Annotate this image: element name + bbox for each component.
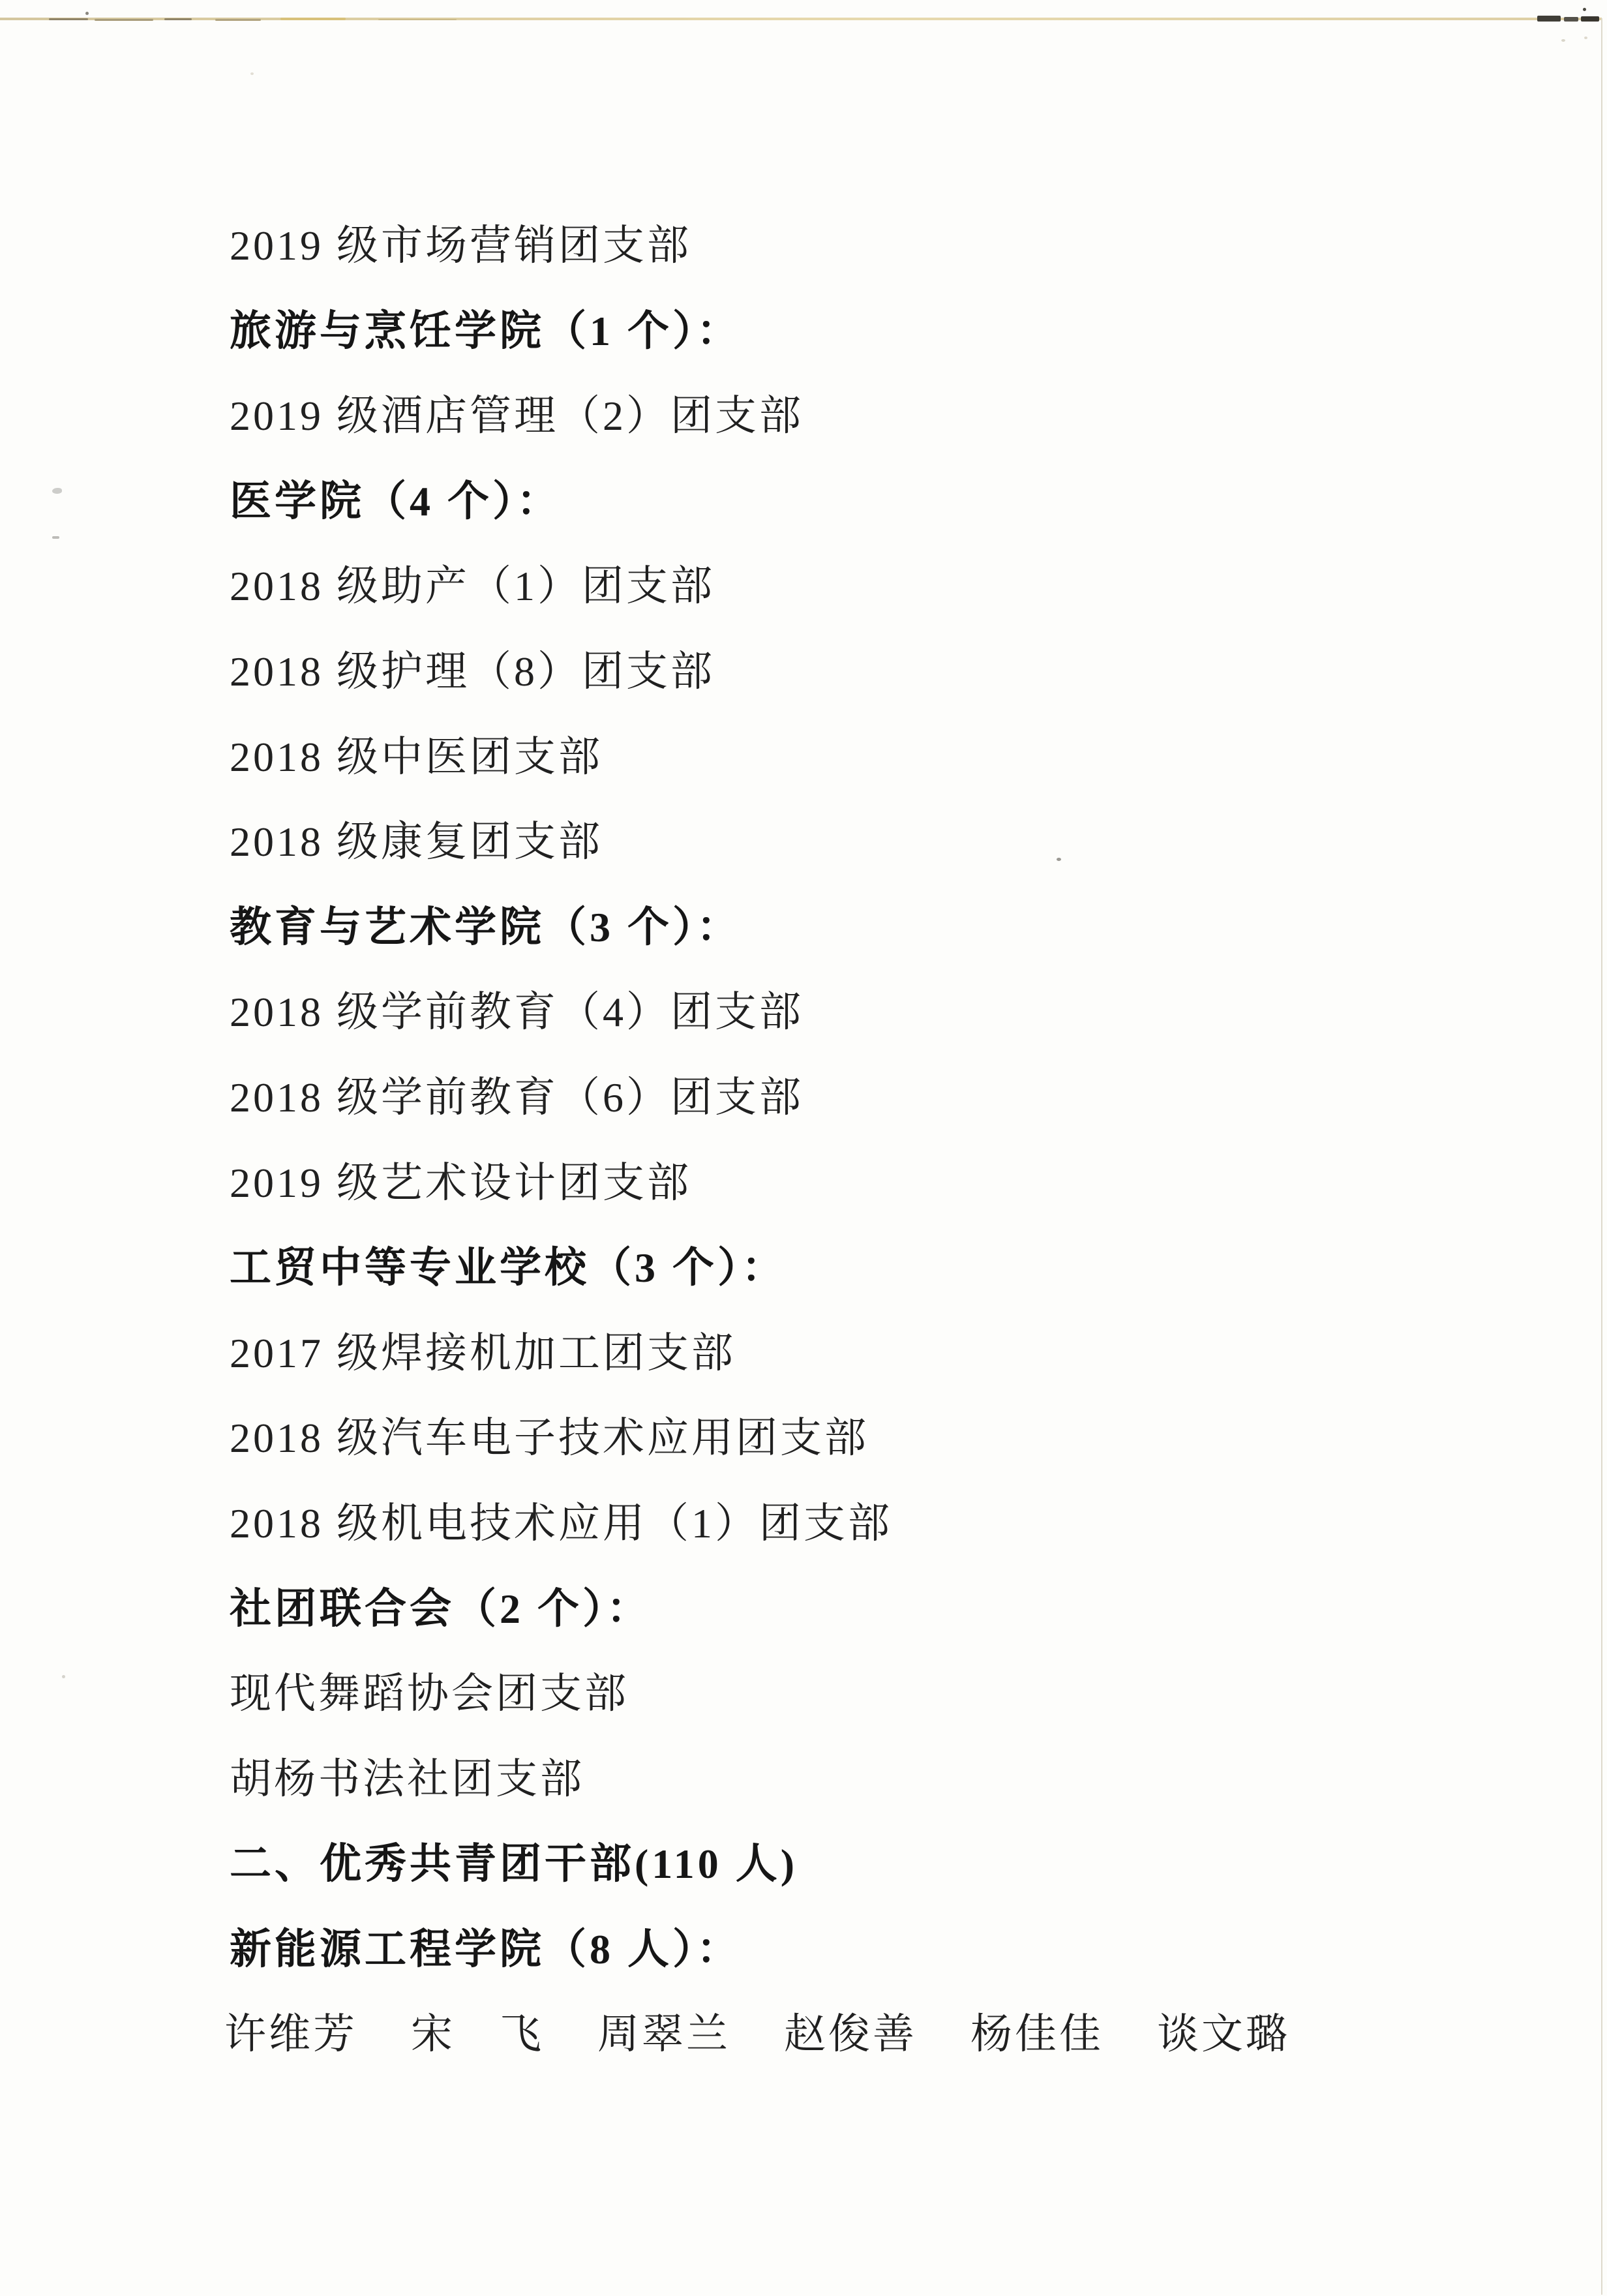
person-name: 谈文璐 bbox=[1157, 1992, 1290, 2077]
branch-item: 2018 级学前教育（4）团支部 bbox=[230, 970, 1521, 1055]
branch-item: 2019 级酒店管理（2）团支部 bbox=[230, 374, 1521, 459]
college-heading: 工贸中等专业学校（3 个）： bbox=[230, 1226, 1521, 1311]
branch-item: 2018 级助产（1）团支部 bbox=[230, 544, 1521, 629]
scan-speck bbox=[52, 488, 62, 494]
person-name: 周翠兰 bbox=[597, 1992, 730, 2077]
names-row: 许维芳 宋 飞 周翠兰 赵俊善 杨佳佳 谈文璐 bbox=[224, 1992, 1521, 2077]
college-heading: 新能源工程学院（8 人）： bbox=[230, 1907, 1521, 1993]
branch-item: 2019 级市场营销团支部 bbox=[230, 204, 1521, 289]
person-name: 杨佳佳 bbox=[970, 1992, 1104, 2077]
scan-speck bbox=[1584, 37, 1587, 39]
page-edge-line bbox=[1601, 18, 1602, 2295]
scan-speck bbox=[250, 72, 254, 75]
branch-item: 胡杨书法社团支部 bbox=[230, 1737, 1521, 1822]
scan-edge-dash bbox=[164, 18, 192, 20]
person-name: 宋 飞 bbox=[411, 1992, 544, 2077]
college-heading: 教育与艺术学院（3 个）： bbox=[230, 885, 1521, 971]
scanned-page: 2019 级市场营销团支部 旅游与烹饪学院（1 个）： 2019 级酒店管理（2… bbox=[0, 0, 1607, 2296]
branch-item: 2018 级汽车电子技术应用团支部 bbox=[230, 1396, 1521, 1481]
person-name: 赵俊善 bbox=[784, 1992, 917, 2077]
college-heading: 医学院（4 个）： bbox=[230, 459, 1521, 545]
branch-item: 2018 级康复团支部 bbox=[230, 800, 1521, 885]
branch-item: 2018 级护理（8）团支部 bbox=[230, 629, 1521, 715]
scan-smudge bbox=[1581, 16, 1599, 22]
scan-edge-dash bbox=[280, 18, 346, 20]
scan-speck bbox=[85, 12, 89, 15]
scan-speck bbox=[1561, 39, 1565, 42]
college-heading: 旅游与烹饪学院（1 个）： bbox=[230, 289, 1521, 374]
branch-item: 2018 级机电技术应用（1）团支部 bbox=[230, 1481, 1521, 1567]
scan-edge-dash bbox=[378, 19, 457, 20]
scan-speck bbox=[62, 1675, 65, 1678]
document-body: 2019 级市场营销团支部 旅游与烹饪学院（1 个）： 2019 级酒店管理（2… bbox=[230, 204, 1521, 2077]
branch-item: 2018 级学前教育（6）团支部 bbox=[230, 1055, 1521, 1141]
scan-speck bbox=[1583, 8, 1586, 11]
scan-edge-dash bbox=[215, 19, 261, 21]
branch-item: 2017 级焊接机加工团支部 bbox=[230, 1311, 1521, 1397]
college-heading: 社团联合会（2 个）： bbox=[230, 1567, 1521, 1652]
branch-item: 2018 级中医团支部 bbox=[230, 715, 1521, 800]
scan-speck bbox=[52, 536, 59, 539]
person-name: 许维芳 bbox=[224, 1992, 357, 2077]
section-heading: 二、优秀共青团干部(110 人) bbox=[230, 1822, 1521, 1907]
branch-item: 2019 级艺术设计团支部 bbox=[230, 1141, 1521, 1226]
scan-smudge bbox=[1564, 17, 1578, 22]
scan-smudge bbox=[1537, 16, 1561, 22]
scan-edge-dash bbox=[49, 18, 88, 20]
branch-item: 现代舞蹈协会团支部 bbox=[230, 1652, 1521, 1737]
scan-edge-dash bbox=[95, 19, 153, 21]
